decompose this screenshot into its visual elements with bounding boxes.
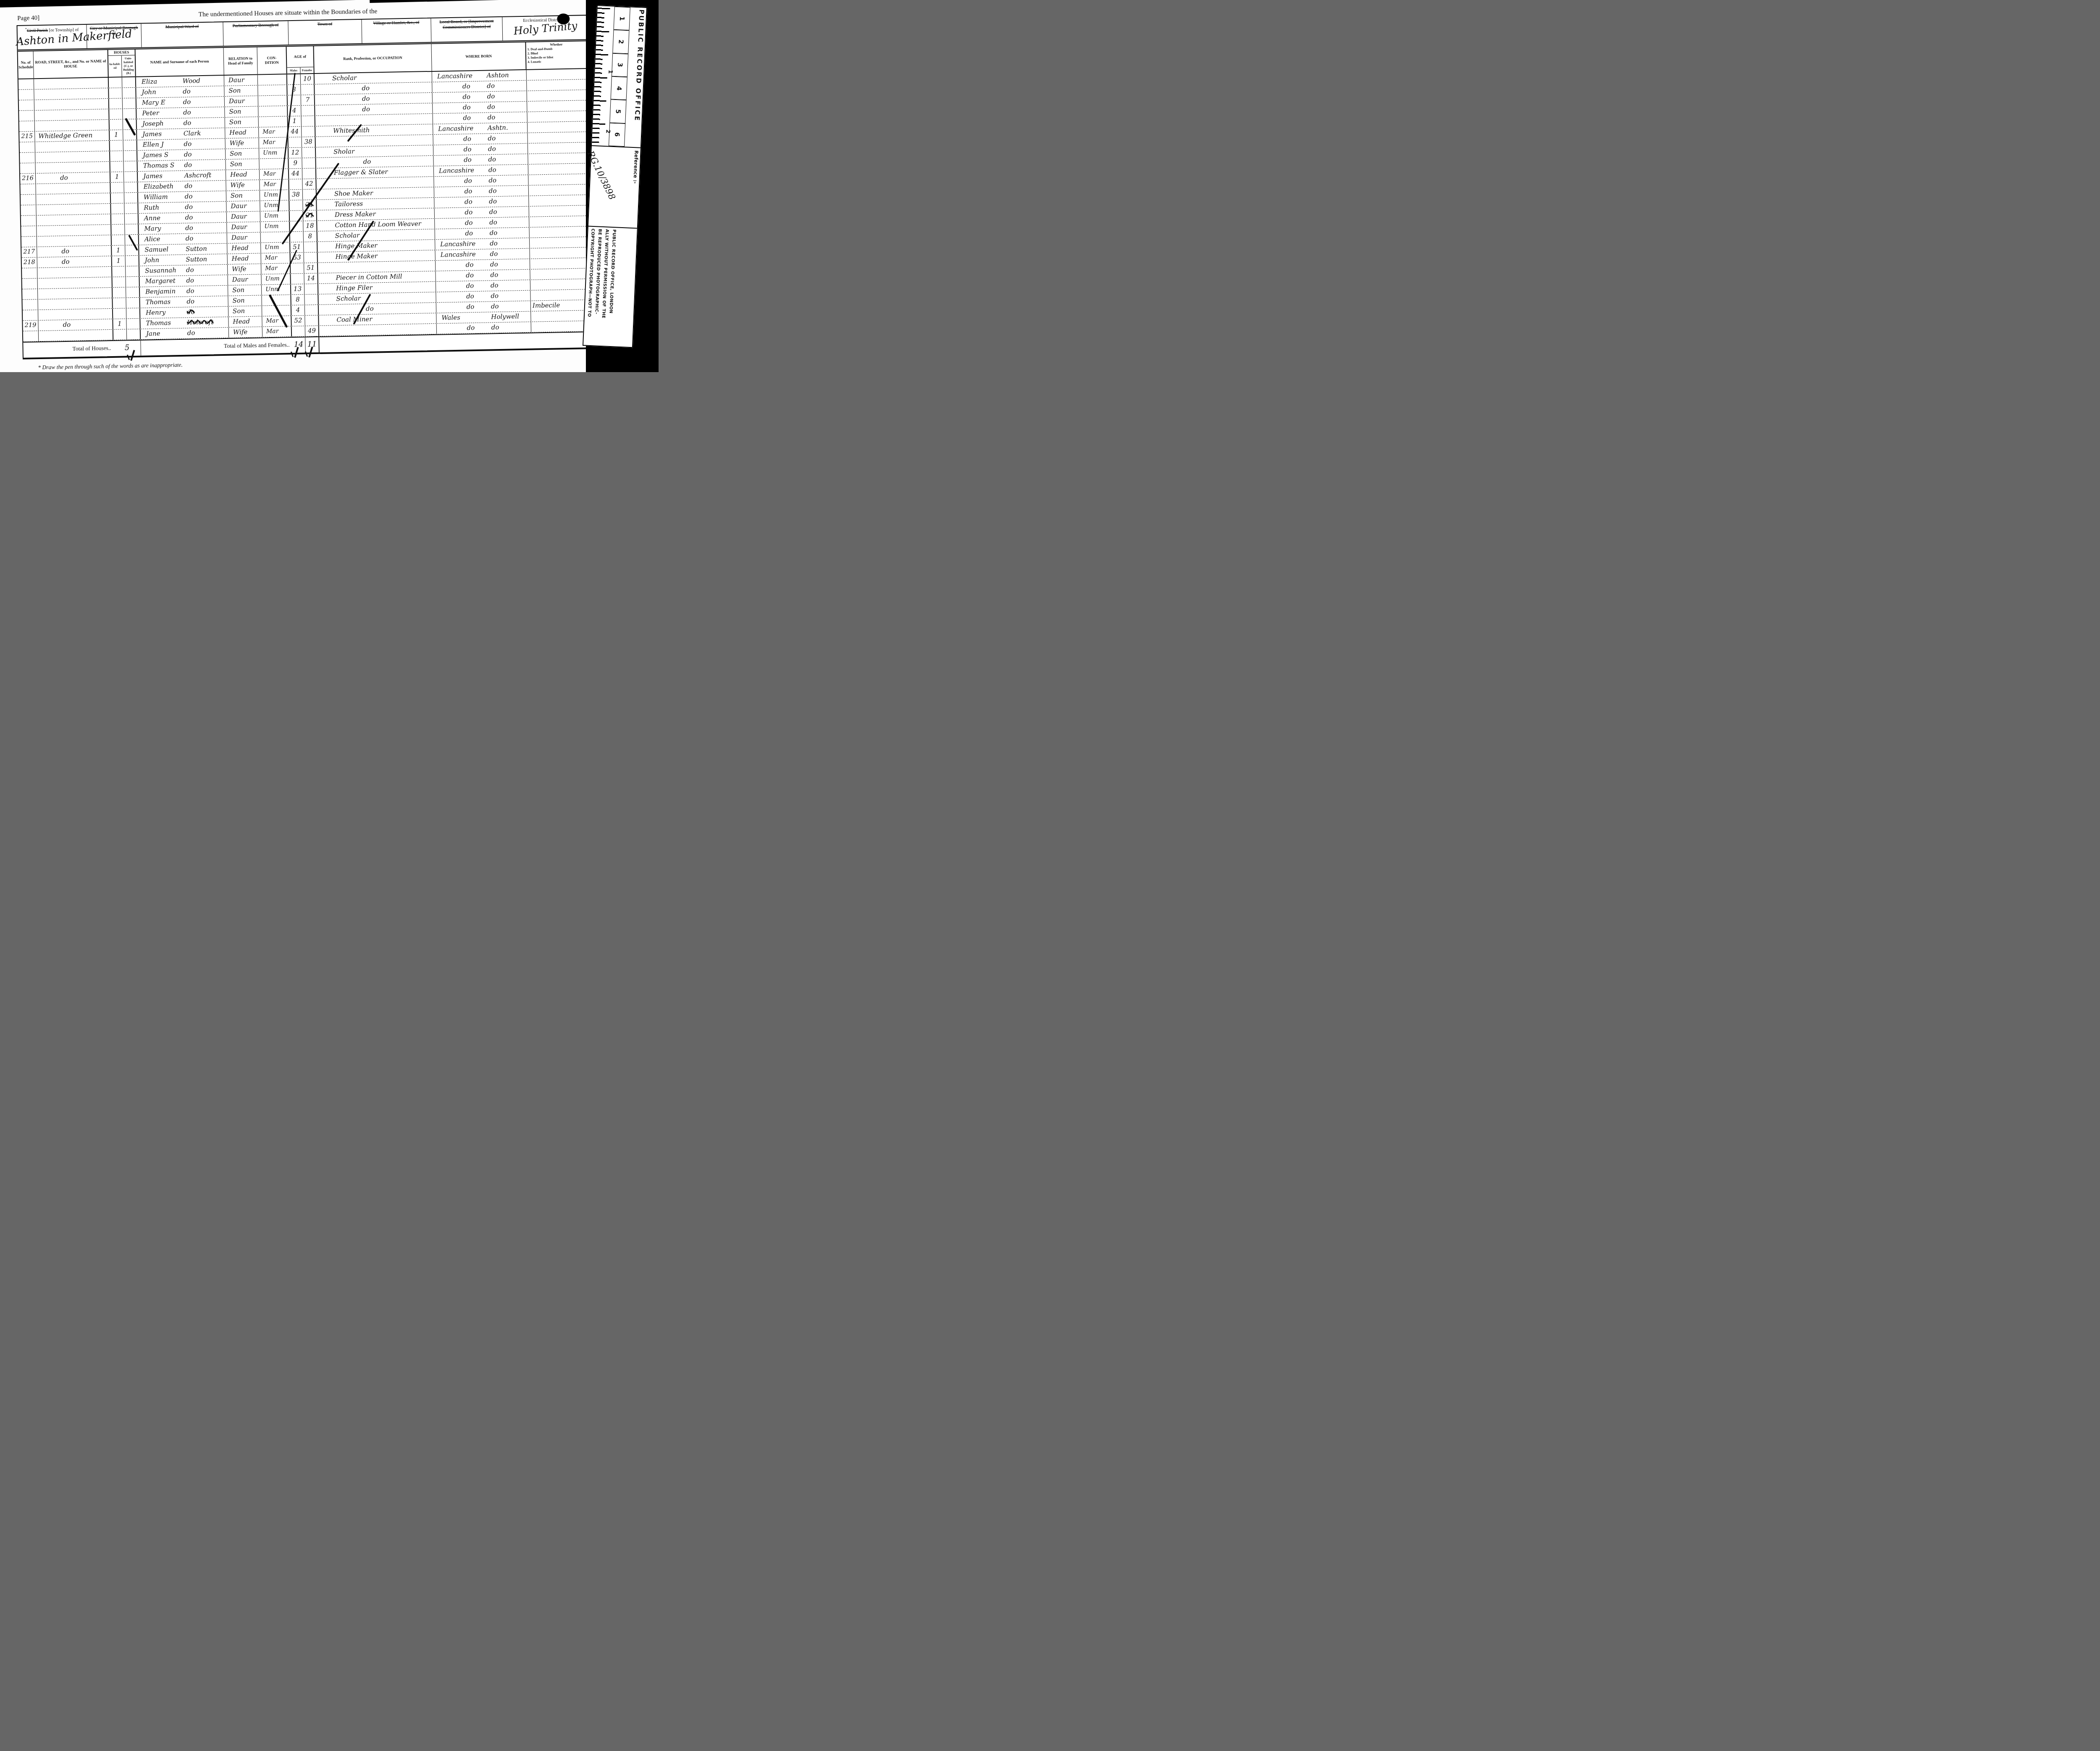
cell-m: 38 xyxy=(289,190,303,200)
total-males-value: 14 xyxy=(292,338,306,353)
cell-inh xyxy=(112,235,125,245)
cell-road xyxy=(37,225,111,236)
cell-born: WalesHolywell xyxy=(436,312,531,323)
cell-rem: Imbecile xyxy=(531,300,591,311)
district-label: Municipal Ward of xyxy=(142,24,221,31)
cell-born: dodo xyxy=(435,217,529,229)
cell-rel: Daur xyxy=(227,222,260,232)
cell-born: dodo xyxy=(433,102,527,113)
district-label: Village or Hamlet, &c., of xyxy=(363,20,429,26)
cell-m xyxy=(291,263,304,274)
cell-f xyxy=(305,305,319,315)
cell-road xyxy=(37,235,112,247)
header-males: Males xyxy=(287,68,300,74)
cell-m: 52 xyxy=(291,316,305,326)
cell-road xyxy=(37,214,111,226)
cell-uninh xyxy=(123,109,136,119)
cell-inh xyxy=(110,140,123,151)
cell-occ: Scholar xyxy=(315,72,432,84)
cell-name: Ellen Jdo xyxy=(137,139,226,150)
cell-road xyxy=(34,78,109,89)
cell-sched xyxy=(22,289,38,299)
cell-name: JohnSutton xyxy=(139,254,228,266)
cell-rem xyxy=(528,174,589,185)
cell-road xyxy=(38,277,113,289)
cell-cond xyxy=(258,74,287,85)
district-field: Municipal Ward of xyxy=(141,22,223,47)
cell-uninh xyxy=(123,161,137,172)
cell-name: ElizaWood xyxy=(136,76,224,87)
cell-occ: Coal Miner xyxy=(319,313,436,326)
cell-rem xyxy=(528,132,588,143)
ruler-number-boxes: 123456 xyxy=(609,7,630,147)
cell-f: 10 xyxy=(301,74,315,84)
cell-road xyxy=(38,298,113,310)
cell-name: Susannahdo xyxy=(139,265,228,276)
cell-rel: Wife xyxy=(226,180,260,190)
cell-rem xyxy=(530,258,591,269)
census-page-scan: Page 40] The undermentioned Houses are s… xyxy=(0,0,659,372)
cell-sched xyxy=(18,79,34,89)
cell-sched xyxy=(21,215,37,226)
ruler-ticks xyxy=(592,8,610,144)
cell-f: 18 xyxy=(303,221,317,231)
cell-rem xyxy=(530,237,590,248)
cell-born: Lancashiredo xyxy=(435,249,530,260)
cell-born: dodo xyxy=(434,186,529,197)
cell-f xyxy=(301,105,315,116)
cell-cond xyxy=(259,116,288,127)
cell-inh xyxy=(109,77,122,88)
cell-uninh xyxy=(124,182,138,193)
copyright-notice: COPYRIGHT PHOTOGRAPH—NOT TOBE REPRODUCED… xyxy=(584,228,617,345)
cell-occ: do xyxy=(316,156,433,168)
cell-uninh xyxy=(124,172,138,182)
cell-rem xyxy=(527,69,587,80)
cell-rel: Son xyxy=(228,306,262,316)
cell-rel: Head xyxy=(226,169,260,180)
cell-name: Peterdo xyxy=(136,107,225,119)
reference-label: Reference :- xyxy=(632,150,639,184)
cell-road xyxy=(36,183,110,194)
cell-rel: Daur xyxy=(227,232,261,243)
cell-rel: Son xyxy=(226,159,259,169)
cell-sched xyxy=(23,310,38,320)
cell-f xyxy=(302,168,316,179)
cell-m: 44 xyxy=(288,127,302,137)
cell-born: dodo xyxy=(433,133,528,145)
cell-rem xyxy=(529,184,589,196)
cell-f: 38 xyxy=(302,137,315,147)
district-label: Local Board, or [Improvement Commissione… xyxy=(432,18,501,31)
cell-f: 42 xyxy=(302,179,316,189)
cell-rem xyxy=(528,142,588,154)
cell-inh xyxy=(109,109,123,119)
header-where-born: WHERE BORN xyxy=(431,42,526,71)
cell-sched: 215 xyxy=(19,131,35,142)
cell-f xyxy=(304,242,318,252)
cell-sched: 219 xyxy=(23,320,38,331)
cell-cond: Unm xyxy=(260,211,290,221)
cell-road xyxy=(36,193,111,205)
cell-sched xyxy=(21,236,37,247)
ruler-zone: 1 2 123456 PUBLIC RECORD OFFICE xyxy=(592,6,646,148)
cell-road xyxy=(37,267,112,278)
cell-sched xyxy=(21,194,36,205)
cell-inh xyxy=(110,151,123,161)
cell-born: LancashireAshtn. xyxy=(433,123,528,134)
cell-born: LancashireAshton xyxy=(432,70,527,82)
cell-rem xyxy=(531,321,592,332)
cell-uninh xyxy=(123,151,137,161)
cell-f xyxy=(304,252,318,263)
cell-name: Marydo xyxy=(139,223,227,234)
cell-inh xyxy=(113,298,126,308)
cell-sched xyxy=(23,331,39,341)
reference-zone: Reference :- RG.10/3898 xyxy=(588,146,640,229)
cell-rem xyxy=(527,111,588,122)
cell-cond: Mar xyxy=(260,179,289,190)
cell-name: Williamdo xyxy=(138,191,226,203)
cell-rem xyxy=(528,153,588,164)
cell-rel: Head xyxy=(225,127,259,138)
ruler-box: 5 xyxy=(609,100,626,123)
cell-rel: Son xyxy=(225,117,259,127)
cell-name: Johndo xyxy=(136,86,224,98)
cell-rel: Son xyxy=(228,285,262,295)
copyright-zone: COPYRIGHT PHOTOGRAPH—NOT TOBE REPRODUCED… xyxy=(583,227,637,347)
cell-inh: 1 xyxy=(112,245,125,256)
cell-occ: Scholar xyxy=(318,229,435,242)
cell-rel: Wife xyxy=(225,138,259,148)
cell-road: do xyxy=(36,172,110,184)
cell-sched: 218 xyxy=(22,257,37,268)
cell-m: 8 xyxy=(287,85,301,95)
cell-m xyxy=(290,232,304,242)
cell-uninh xyxy=(126,277,139,287)
cell-rem xyxy=(529,195,589,206)
totals-empty xyxy=(319,332,592,352)
cell-name: JamesAshcroft xyxy=(138,170,226,182)
cell-f xyxy=(302,116,315,126)
cell-road xyxy=(38,288,113,299)
cell-cond: Mar xyxy=(262,326,292,337)
district-field: Village or Hamlet, &c., of xyxy=(362,18,431,43)
cell-rem xyxy=(531,310,591,322)
cell-f xyxy=(302,126,315,137)
cell-inh xyxy=(112,277,126,287)
cell-born: dodo xyxy=(437,322,531,334)
cell-rem xyxy=(530,268,591,280)
cell-rel: Head xyxy=(228,253,261,264)
cell-inh xyxy=(109,88,122,98)
cell-m xyxy=(288,95,301,106)
cell-rel: Wife xyxy=(228,264,261,274)
header-schedule: No. ofSchedule xyxy=(18,51,34,79)
cell-rel: Daur xyxy=(226,201,260,211)
cell-inh xyxy=(113,287,126,298)
cell-inh xyxy=(111,203,124,214)
cell-uninh xyxy=(123,140,137,151)
cell-born: dodo xyxy=(434,175,528,187)
header-uninhabited: Unin-habited (U.), or Building (B.) xyxy=(121,55,135,76)
cell-name: Janedo xyxy=(141,328,229,339)
district-field: Local Board, or [Improvement Commissione… xyxy=(431,17,503,42)
total-houses-label: Total of Houses.. xyxy=(23,341,114,358)
cell-uninh xyxy=(126,308,140,319)
cell-uninh xyxy=(126,256,139,266)
cell-born: dodo xyxy=(433,154,528,166)
cell-occ: Piecer in Cotton Mill xyxy=(318,271,436,284)
cell-sched xyxy=(18,89,34,100)
cell-rem xyxy=(530,289,591,301)
cell-cond: Unm xyxy=(261,242,290,253)
cell-born: dodo xyxy=(435,207,529,218)
cell-occ: do xyxy=(319,303,436,315)
ruler-box: 1 xyxy=(614,7,630,31)
cell-road xyxy=(35,151,110,163)
cell-inh xyxy=(113,308,126,319)
cell-f xyxy=(302,147,316,158)
header-age-group: AGE of Males Females xyxy=(286,46,314,74)
cell-occ: do xyxy=(315,82,432,95)
cell-road xyxy=(36,204,111,215)
cell-road xyxy=(35,141,110,152)
cell-rel: Son xyxy=(224,85,258,96)
cell-f xyxy=(304,294,318,305)
header-whether: Whether 1. Deaf-and-Dumb 2. Blind 3. Imb… xyxy=(526,41,587,69)
cell-inh xyxy=(111,193,124,203)
cell-sched: 216 xyxy=(20,173,36,184)
district-label: Parliamentary Borough of xyxy=(224,22,286,29)
cell-born: dodo xyxy=(433,144,528,155)
cell-f: 14 xyxy=(304,273,318,284)
cell-road: do xyxy=(38,319,113,331)
cell-cond: Unm xyxy=(260,221,290,232)
cell-cond: Mar xyxy=(259,127,288,137)
cell-rel: Daur xyxy=(228,274,261,285)
filmstrip-edge: 1 2 123456 PUBLIC RECORD OFFICE Referenc… xyxy=(586,0,659,372)
cell-name: JamesClark xyxy=(137,128,225,140)
cell-rem xyxy=(528,121,588,133)
cell-inh xyxy=(113,329,127,340)
cell-inh xyxy=(110,182,124,193)
header-condition: CON-DITION xyxy=(257,47,287,74)
cell-born: dodo xyxy=(436,291,530,302)
cell-inh: 1 xyxy=(110,172,124,182)
cell-f: 8 xyxy=(304,231,318,242)
header-occupation: Rank, Profession, or OCCUPATION xyxy=(314,44,432,73)
cell-uninh xyxy=(122,88,136,98)
cell-uninh xyxy=(126,287,140,298)
cell-born: dodo xyxy=(436,280,530,292)
district-field: Town of xyxy=(288,20,362,45)
form-frame: *Civil Parish [or Township] ofAshton in … xyxy=(16,15,593,360)
cell-occ: Shoe Maker xyxy=(317,187,434,200)
cell-m xyxy=(292,326,305,337)
cell-born: dodo xyxy=(432,81,527,92)
header-females: Females xyxy=(300,67,313,74)
cell-rem xyxy=(529,226,590,238)
cell-uninh xyxy=(126,266,139,277)
cell-uninh xyxy=(123,98,136,109)
header-name: NAME and Surname of each Person xyxy=(136,48,224,76)
cell-inh xyxy=(111,224,125,235)
cell-name: Thomasdo xyxy=(140,296,228,308)
cell-road xyxy=(34,109,109,121)
cell-inh: 1 xyxy=(110,130,123,140)
header-road: ROAD, STREET, &c., and No. or NAME of HO… xyxy=(34,50,109,78)
district-field: *Civil Parish [or Township] ofAshton in … xyxy=(17,25,87,50)
cell-name: Annedo xyxy=(139,212,227,224)
cell-born: dodo xyxy=(433,112,527,124)
reference-value: RG.10/3898 xyxy=(586,150,630,229)
cell-rel: Son xyxy=(226,148,259,159)
total-houses-value: 5 xyxy=(113,341,141,356)
header-relation: RELATION to Head of Family xyxy=(224,47,258,75)
cell-name: James Sdo xyxy=(137,149,226,161)
cell-inh: 1 xyxy=(112,256,126,266)
public-record-office-label: PUBLIC RECORD OFFICE xyxy=(632,9,646,146)
cell-sched xyxy=(20,184,36,194)
cell-m: 4 xyxy=(291,305,305,316)
cell-road xyxy=(34,88,109,100)
cell-road: do xyxy=(37,246,112,257)
cell-sched: 217 xyxy=(21,247,37,257)
cell-inh xyxy=(110,161,123,172)
cell-uninh xyxy=(127,329,141,340)
cell-road xyxy=(39,330,113,341)
cell-m: 9 xyxy=(289,158,302,169)
cell-rem xyxy=(528,163,589,175)
cell-rel: Daur xyxy=(227,211,260,222)
cell-born: dodo xyxy=(436,301,531,313)
cell-rem xyxy=(527,90,588,101)
ruler-box: 4 xyxy=(611,76,627,100)
cell-cond xyxy=(258,106,288,116)
cell-born: Lancashiredo xyxy=(435,238,530,250)
cell-sched xyxy=(20,163,35,173)
cell-f xyxy=(305,315,319,326)
cell-born: dodo xyxy=(436,270,530,281)
cell-rem xyxy=(529,216,590,227)
cell-rel: Daur xyxy=(224,75,258,86)
cell-inh xyxy=(112,266,126,277)
cell-name: Margaretdo xyxy=(139,275,228,287)
cell-name: Josephdo xyxy=(137,118,225,129)
cell-cond: Mar xyxy=(261,253,291,263)
cell-uninh xyxy=(124,193,138,203)
cell-born: dodo xyxy=(436,259,530,271)
cell-m xyxy=(291,274,304,284)
cell-m: 13 xyxy=(291,284,304,295)
cell-m: 8 xyxy=(291,295,304,305)
cell-rel: Son xyxy=(228,295,262,306)
cell-rem xyxy=(530,247,590,259)
cell-born: dodo xyxy=(433,91,527,103)
cell-cond: Unm xyxy=(262,284,291,295)
cell-cond: Unm xyxy=(261,274,291,284)
cell-occ xyxy=(315,114,433,126)
cell-name: Thomas Sdo xyxy=(137,160,226,171)
cell-name: Mary Edo xyxy=(136,97,225,108)
cell-f xyxy=(301,84,315,95)
cell-sched xyxy=(19,100,34,110)
cell-uninh xyxy=(124,203,138,214)
cell-cond: Unm xyxy=(260,190,289,200)
cell-f: 7 xyxy=(301,95,315,105)
cell-road xyxy=(38,309,113,320)
cell-cond xyxy=(262,295,291,305)
cell-m: 12 xyxy=(289,148,302,158)
cell-name: SamuelSutton xyxy=(139,244,227,255)
cell-road xyxy=(35,162,110,173)
cell-cond: Mar xyxy=(260,169,289,179)
cell-road: do xyxy=(37,256,112,268)
cell-rel: Head xyxy=(228,316,262,327)
cell-road: Whitledge Green xyxy=(35,130,110,142)
cell-name: Ruthdo xyxy=(138,202,226,213)
cell-road xyxy=(35,120,110,131)
cell-cond xyxy=(258,85,287,95)
total-females-value: 11 xyxy=(305,337,320,353)
cell-f: 51 xyxy=(304,263,318,273)
cell-sched xyxy=(22,268,37,278)
cell-sched xyxy=(20,152,35,163)
cell-cond: Unm xyxy=(260,200,289,211)
cell-road xyxy=(34,99,109,110)
ruler-box: 2 xyxy=(612,30,629,54)
cell-uninh xyxy=(125,214,139,224)
cell-occ: Hinge Maker xyxy=(318,240,435,252)
cell-uninh xyxy=(125,224,139,235)
cell-f xyxy=(302,158,316,168)
cell-cond: Mar xyxy=(262,316,291,326)
total-males-females-label: Total of Males and Females.. xyxy=(141,338,292,356)
district-field: Parliamentary Borough of xyxy=(223,21,289,46)
district-field: Ecclesiastical District ofHoly Trinity xyxy=(502,16,587,41)
cell-uninh xyxy=(126,319,140,329)
public-record-office-slip: 1 2 123456 PUBLIC RECORD OFFICE Referenc… xyxy=(583,5,647,348)
cell-f: 49 xyxy=(305,326,319,336)
cell-name: Henrydo xyxy=(140,307,228,318)
cell-sched xyxy=(20,142,35,152)
cell-rem xyxy=(529,205,590,217)
cell-uninh xyxy=(122,77,136,88)
cell-m: 44 xyxy=(289,169,302,179)
cell-rel: Son xyxy=(225,106,258,117)
ruler-box: 6 xyxy=(609,123,625,147)
cell-born: dodo xyxy=(434,196,529,208)
census-form: Page 40] The undermentioned Houses are s… xyxy=(5,2,600,372)
cell-name: ThomasHolcroft xyxy=(140,317,228,329)
cell-inh: 1 xyxy=(113,319,126,329)
cell-m xyxy=(288,137,302,148)
cell-sched xyxy=(22,278,38,289)
header-inhabited: In-habit-ed xyxy=(108,56,122,77)
cell-rel: Son xyxy=(226,190,260,201)
cell-m xyxy=(289,200,303,211)
cell-born: dodo xyxy=(435,228,530,239)
cell-name: Alicedo xyxy=(139,233,227,245)
ruler-box: 3 xyxy=(612,53,628,77)
cell-uninh xyxy=(126,298,140,308)
header-houses-group: HOUSES In-habit-ed Unin-habited (U.), or… xyxy=(108,50,136,77)
cell-sched xyxy=(19,121,35,131)
cell-sched xyxy=(22,299,38,310)
cell-rem xyxy=(527,79,587,91)
cell-inh xyxy=(110,119,123,130)
